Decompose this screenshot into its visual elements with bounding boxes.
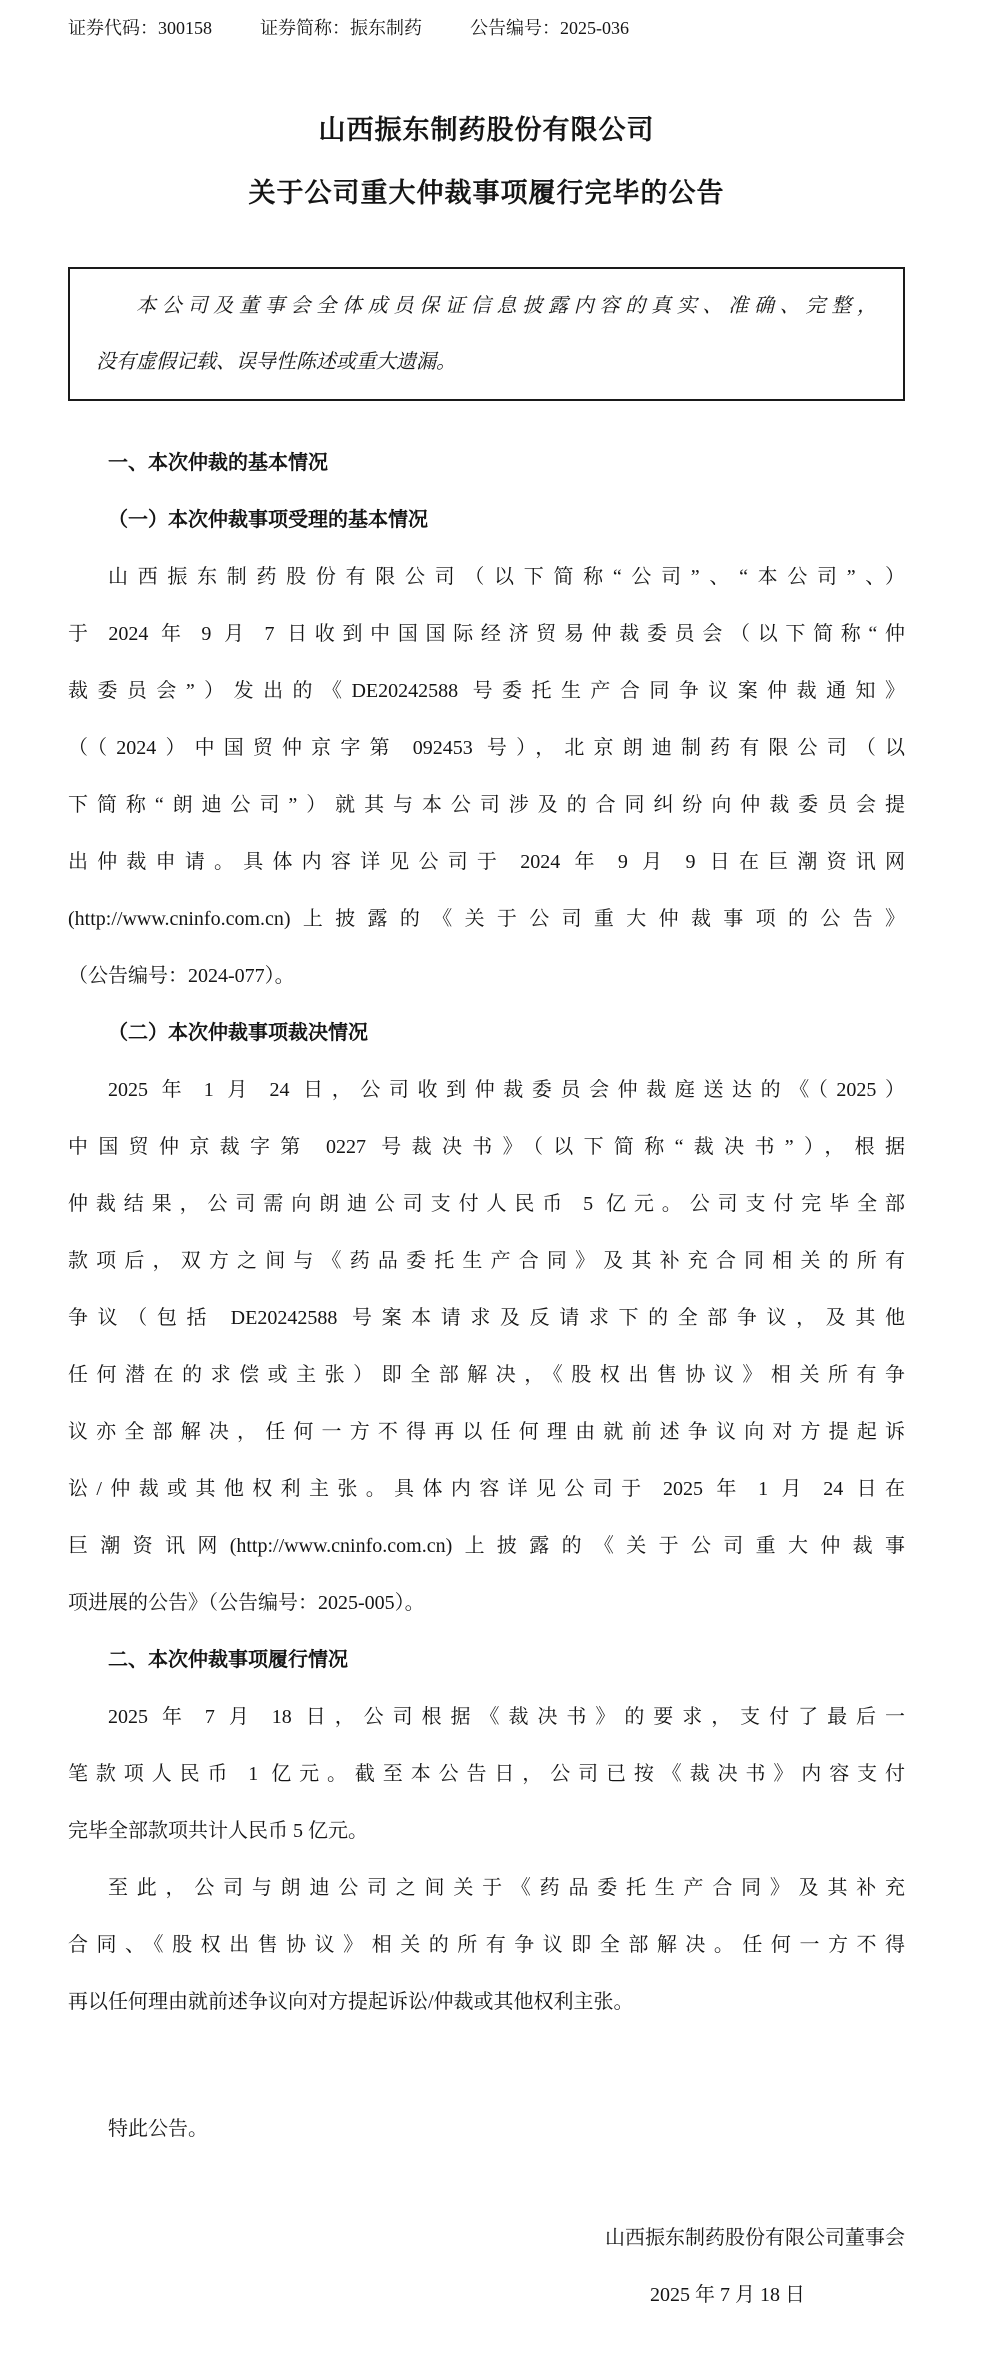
body-line: 笔款项人民币 1 亿元。截至本公告日，公司已按《裁决书》内容支付: [68, 1746, 905, 1803]
disclaimer-line: 没有虚假记载、误导性陈述或重大遗漏。: [96, 334, 877, 390]
subsection-heading: （一）本次仲裁事项受理的基本情况: [68, 492, 905, 549]
body-line: 任何潜在的求偿或主张）即全部解决，《股权出售协议》相关所有争: [68, 1347, 905, 1404]
body-line: 合同、《股权出售协议》相关的所有争议即全部解决。任何一方不得: [68, 1917, 905, 1974]
body-line: 下简称“朗迪公司”）就其与本公司涉及的合同纠纷向仲裁委员会提: [68, 777, 905, 834]
document-body: 一、本次仲裁的基本情况（一）本次仲裁事项受理的基本情况山西振东制药股份有限公司（…: [68, 435, 905, 2158]
body-line: 巨潮资讯网(http://www.cninfo.com.cn)上披露的《关于公司…: [68, 1518, 905, 1575]
body-line: 仲裁结果，公司需向朗迪公司支付人民币 5 亿元。公司支付完毕全部: [68, 1176, 905, 1233]
body-line: 议亦全部解决，任何一方不得再以任何理由就前述争议向对方提起诉: [68, 1404, 905, 1461]
body-line: 2025 年 1 月 24 日，公司收到仲裁委员会仲裁庭送达的《（2025）: [68, 1062, 905, 1119]
body-line: 出仲裁申请。具体内容详见公司于 2024 年 9 月 9 日在巨潮资讯网: [68, 834, 905, 891]
body-line: （公告编号：2024-077）。: [68, 948, 905, 1005]
signature-block: 山西振东制药股份有限公司董事会 2025 年 7 月 18 日: [68, 2210, 905, 2324]
body-line: 中国贸仲京裁字第 0227 号裁决书》（以下简称“裁决书”），根据: [68, 1119, 905, 1176]
company-title: 山西振东制药股份有限公司: [68, 112, 905, 148]
stock-code: 证券代码：300158: [68, 14, 212, 42]
body-line: (http://www.cninfo.com.cn)上披露的《关于公司重大仲裁事…: [68, 891, 905, 948]
stock-name: 证券简称：振东制药: [260, 14, 422, 42]
announcement-title: 关于公司重大仲裁事项履行完毕的公告: [68, 175, 905, 211]
body-line: 再以任何理由就前述争议向对方提起诉讼/仲裁或其他权利主张。: [68, 1974, 905, 2031]
body-line: 裁委员会”）发出的《DE20242588 号委托生产合同争议案仲裁通知》: [68, 663, 905, 720]
document-header: 证券代码：300158 证券简称：振东制药 公告编号：2025-036: [68, 14, 905, 42]
body-line: 特此公告。: [68, 2101, 905, 2158]
body-line: 于 2024 年 9 月 7 日收到中国国际经济贸易仲裁委员会（以下简称“仲: [68, 606, 905, 663]
signature-date: 2025 年 7 月 18 日: [650, 2267, 805, 2324]
body-line: 争议（包括 DE20242588 号案本请求及反请求下的全部争议，及其他: [68, 1290, 905, 1347]
section-heading: 二、本次仲裁事项履行情况: [68, 1632, 905, 1689]
body-line: 山西振东制药股份有限公司（以下简称“公司”、“本公司”、）: [68, 549, 905, 606]
announcement-number: 公告编号：2025-036: [470, 14, 629, 42]
announcement-page: 证券代码：300158 证券简称：振东制药 公告编号：2025-036 山西振东…: [0, 0, 1000, 2354]
body-line: （（2024）中国贸仲京字第 092453 号），北京朗迪制药有限公司（以: [68, 720, 905, 777]
disclaimer-box: 本公司及董事会全体成员保证信息披露内容的真实、准确、完整， 没有虚假记载、误导性…: [68, 267, 905, 401]
body-line: 款项后，双方之间与《药品委托生产合同》及其补充合同相关的所有: [68, 1233, 905, 1290]
disclaimer-line: 本公司及董事会全体成员保证信息披露内容的真实、准确、完整，: [96, 278, 877, 334]
body-line: 至此，公司与朗迪公司之间关于《药品委托生产合同》及其补充: [68, 1860, 905, 1917]
body-line: 讼/仲裁或其他权利主张。具体内容详见公司于 2025 年 1 月 24 日在: [68, 1461, 905, 1518]
section-heading: 一、本次仲裁的基本情况: [68, 435, 905, 492]
body-line: 项进展的公告》（公告编号：2025-005）。: [68, 1575, 905, 1632]
subsection-heading: （二）本次仲裁事项裁决情况: [68, 1005, 905, 1062]
signature-company: 山西振东制药股份有限公司董事会: [605, 2210, 905, 2267]
body-line: 完毕全部款项共计人民币 5 亿元。: [68, 1803, 905, 1860]
body-line: 2025 年 7 月 18 日，公司根据《裁决书》的要求，支付了最后一: [68, 1689, 905, 1746]
